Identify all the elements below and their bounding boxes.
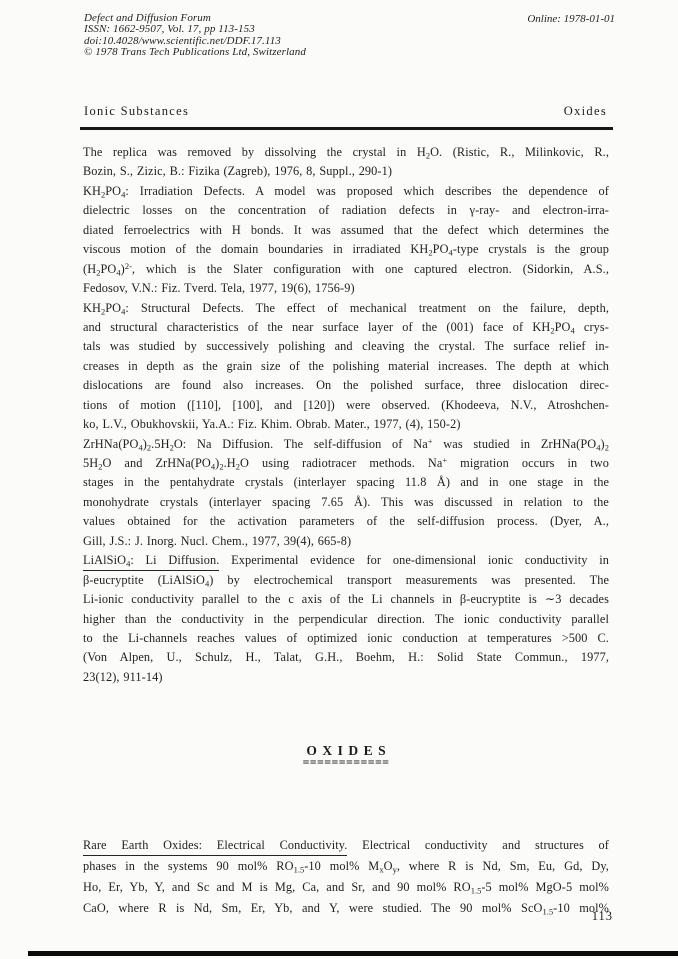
text-line: KH2PO4: Structural Defects. The effect o… — [83, 299, 609, 318]
text-line: values obtained for the activation param… — [83, 512, 609, 531]
text-line: tions of motion ([110], [100], and [120]… — [83, 396, 609, 415]
section-heading: OXIDES ============ — [83, 744, 609, 767]
text-line: LiAlSiO4: Li Diffusion. Experimental evi… — [83, 551, 609, 570]
text-line: (H2PO4)2-, which is the Slater configura… — [83, 260, 609, 279]
text-line: to the Li-channels reaches values of opt… — [83, 629, 609, 648]
text-line: dielectric losses on the concentration o… — [83, 201, 609, 220]
publication-info: Defect and Diffusion Forum ISSN: 1662-95… — [84, 13, 306, 59]
text-line: diated ferroelectrics with H bonds. It w… — [83, 221, 609, 240]
text-line: and structural characteristics of the ne… — [83, 318, 609, 337]
copyright-line: © 1978 Trans Tech Publications Ltd, Swit… — [84, 47, 306, 58]
text-line: phases in the systems 90 mol% RO1.5-10 m… — [83, 856, 609, 877]
text-line: ZrHNa(PO4)2.5H2O: Na Diffusion. The self… — [83, 435, 609, 454]
text-line: β-eucryptite (LiAlSiO4) by electrochemic… — [83, 571, 609, 590]
text-line: higher than the conductivity in the perp… — [83, 610, 609, 629]
body-text: The replica was removed by dissolving th… — [83, 143, 609, 687]
page-number: 113 — [592, 909, 613, 924]
online-date: Online: 1978-01-01 — [527, 13, 615, 25]
running-head-right: Oxides — [564, 104, 607, 119]
text-line: The replica was removed by dissolving th… — [83, 143, 609, 162]
scan-artifact-bar — [28, 951, 678, 956]
text-line: tals was studied by successively polishi… — [83, 337, 609, 356]
document-page: Defect and Diffusion Forum ISSN: 1662-95… — [0, 0, 678, 959]
text-line: Fedosov, V.N.: Fiz. Tverd. Tela, 1977, 1… — [83, 279, 609, 298]
text-line: Li-ionic conductivity parallel to the c … — [83, 590, 609, 609]
text-line: CaO, where R is Nd, Sm, Er, Yb, and Y, w… — [83, 898, 609, 919]
text-line: 5H2O and ZrHNa(PO4)2.H2O using radiotrac… — [83, 454, 609, 473]
text-line: creases in depth as the grain size of th… — [83, 357, 609, 376]
text-line: dislocations are found also increases. O… — [83, 376, 609, 395]
running-head-left: Ionic Substances — [84, 104, 189, 119]
text-line: KH2PO4: Irradiation Defects. A model was… — [83, 182, 609, 201]
text-line: 23(12), 911-14) — [83, 668, 609, 687]
text-line: viscous motion of the domain boundaries … — [83, 240, 609, 259]
text-line: stages in the pentahydrate crystals (int… — [83, 473, 609, 492]
text-line: Bozin, S., Zizic, B.: Fizika (Zagreb), 1… — [83, 162, 609, 181]
section-title-underline: ============ — [83, 758, 609, 767]
text-line: ko, L.V., Obukhovskii, Ya.A.: Fiz. Khim.… — [83, 415, 609, 434]
text-line: Gill, J.S.: J. Inorg. Nucl. Chem., 1977,… — [83, 532, 609, 551]
text-line: monohydrate crystals (interlayer spacing… — [83, 493, 609, 512]
oxides-body-text: Rare Earth Oxides: Electrical Conductivi… — [83, 835, 609, 919]
text-line: Ho, Er, Yb, Y, and Sc and M is Mg, Ca, a… — [83, 877, 609, 898]
text-line: Rare Earth Oxides: Electrical Conductivi… — [83, 835, 609, 856]
header-rule — [80, 127, 613, 130]
text-line: (Von Alpen, U., Schulz, H., Talat, G.H.,… — [83, 648, 609, 667]
